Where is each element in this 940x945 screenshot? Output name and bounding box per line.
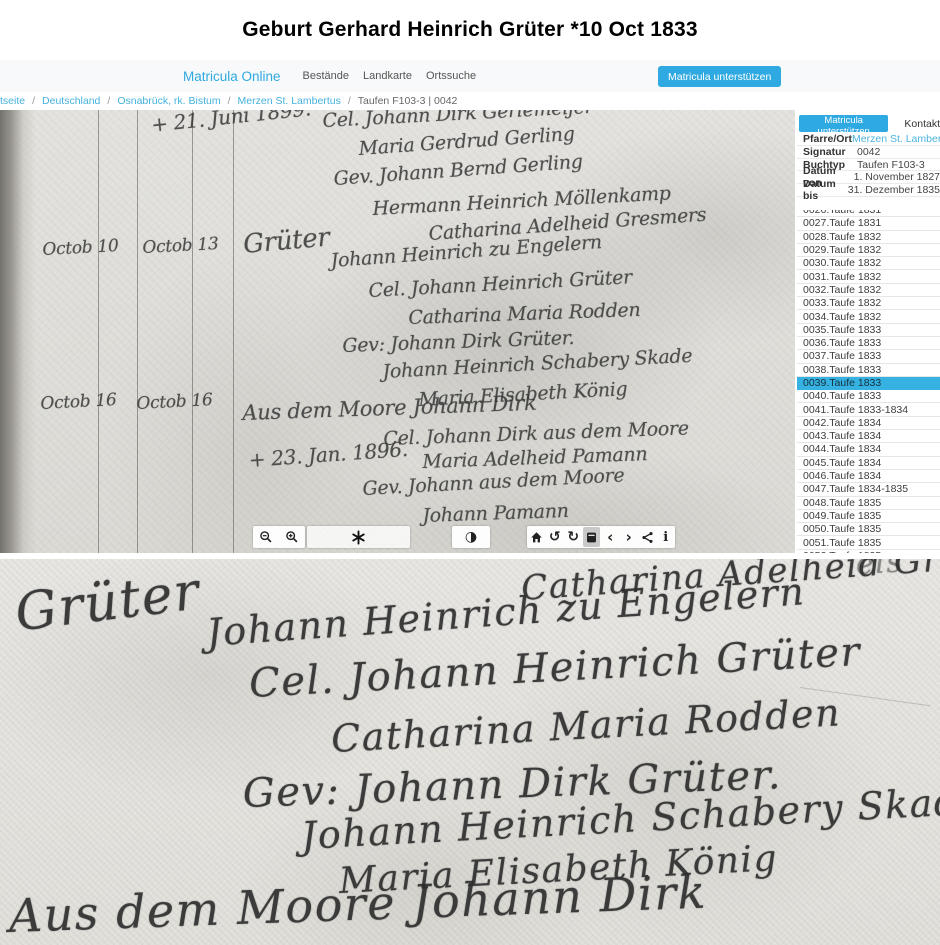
handwriting-line: Octob 16 xyxy=(136,390,213,414)
handwriting-line: + 23. Jan. 1896. xyxy=(248,437,409,472)
entry-row[interactable]: 0030.Taufe 1832 xyxy=(797,257,940,270)
tab-kontakt[interactable]: Kontakt xyxy=(904,118,940,130)
entry-row[interactable]: 0036.Taufe 1833 xyxy=(797,337,940,350)
handwriting-line: Grüter xyxy=(12,561,203,643)
toolbar-nav-group: ↺ ↻ ‹ › i xyxy=(527,526,675,548)
prev-page-icon[interactable]: ‹ xyxy=(602,527,619,547)
metadata-value: 0042 xyxy=(857,146,880,158)
handwriting-line: Octob 13 xyxy=(142,234,219,258)
page-view-icon[interactable] xyxy=(583,527,600,547)
entry-row[interactable]: 0041.Taufe 1833-1834 xyxy=(797,403,940,416)
breadcrumb-separator: / xyxy=(348,95,351,107)
entry-row[interactable]: 0037.Taufe 1833 xyxy=(797,350,940,363)
entry-row[interactable]: 0045.Taufe 1834 xyxy=(797,457,940,470)
handwriting-layer: elsCatharina Adelheid GresmersGrüterJoha… xyxy=(0,559,940,945)
metadata-row: Datum bis31. Dezember 1835 xyxy=(797,184,940,197)
handwriting-line: Grüter xyxy=(242,222,331,259)
entry-row[interactable]: 0048.Taufe 1835 xyxy=(797,497,940,510)
entry-row[interactable]: 0029.Taufe 1832 xyxy=(797,244,940,257)
entry-row[interactable]: 0046.Taufe 1834 xyxy=(797,470,940,483)
sidebar-tabs: Matricula unterstützen Kontakt xyxy=(799,115,940,132)
breadcrumb-separator: / xyxy=(32,95,35,107)
handwriting-line: + 21. Juni 1899. xyxy=(150,110,312,137)
breadcrumb-current: Taufen F103-3 | 0042 xyxy=(358,95,458,107)
metadata-row: Pfarre/OrtMerzen St. Lambertus xyxy=(797,133,940,146)
handwriting-line: Cel. Johann Heinrich Grüter xyxy=(368,266,632,302)
metadata-label: Signatur xyxy=(797,146,857,158)
entry-row[interactable]: 0033.Taufe 1832 xyxy=(797,297,940,310)
breadcrumb-separator: / xyxy=(107,95,110,107)
toolbar-zoom-group xyxy=(253,526,305,548)
entry-row[interactable]: 0050.Taufe 1835 xyxy=(797,523,940,536)
entry-row[interactable]: 0027.Taufe 1831 xyxy=(797,217,940,230)
nav-item-bestände[interactable]: Bestände xyxy=(303,70,349,82)
page-title: Geburt Gerhard Heinrich Grüter *10 Oct 1… xyxy=(242,18,698,42)
breadcrumb-link[interactable]: Deutschland xyxy=(42,95,100,107)
entry-row[interactable]: 0028.Taufe 1832 xyxy=(797,231,940,244)
metadata-table: Pfarre/OrtMerzen St. LambertusSignatur00… xyxy=(797,133,940,197)
title-band: Geburt Gerhard Heinrich Grüter *10 Oct 1… xyxy=(0,0,940,60)
metadata-label: Datum bis xyxy=(797,178,848,202)
metadata-row: Signatur0042 xyxy=(797,146,940,159)
handwriting-layer: + 21. Juni 1899.Cel. Johann Dirk Gerleme… xyxy=(0,110,795,553)
metadata-label: Pfarre/Ort xyxy=(797,133,852,145)
info-icon[interactable]: i xyxy=(657,527,674,547)
brand-logo[interactable]: Matricula Online xyxy=(183,69,281,84)
entry-row-selected[interactable]: 0039.Taufe 1833 xyxy=(797,377,940,390)
entry-row[interactable]: 0034.Taufe 1832 xyxy=(797,310,940,323)
breadcrumb-link[interactable]: Osnabrück, rk. Bistum xyxy=(117,95,220,107)
home-icon[interactable] xyxy=(528,527,545,547)
entry-row[interactable]: 0044.Taufe 1834 xyxy=(797,443,940,456)
entry-row[interactable]: 0042.Taufe 1834 xyxy=(797,417,940,430)
breadcrumb-link[interactable]: Merzen St. Lambertus xyxy=(238,95,341,107)
handwriting-line: Aus dem Moore Johann Dirk xyxy=(242,391,537,425)
handwriting-line: Catharina Maria Rodden xyxy=(330,690,842,761)
breadcrumb-separator: / xyxy=(228,95,231,107)
breadcrumb-link[interactable]: tseite xyxy=(0,95,25,107)
handwriting-line: Catharina Maria Rodden xyxy=(408,299,641,329)
reset-view-icon[interactable] xyxy=(350,527,367,547)
breadcrumb: tseite/Deutschland/Osnabrück, rk. Bistum… xyxy=(0,92,940,110)
tab-matricula-unterstuetzen[interactable]: Matricula unterstützen xyxy=(799,115,888,132)
share-icon[interactable] xyxy=(639,527,656,547)
main-nav: BeständeLandkarteOrtssuche xyxy=(303,70,477,82)
next-page-icon[interactable]: › xyxy=(620,527,637,547)
handwriting-line: Aus dem Moore Johann Dirk xyxy=(8,865,708,943)
site-header: Matricula Online BeständeLandkarteOrtssu… xyxy=(0,60,940,92)
toolbar-contrast-group: ◑ xyxy=(452,526,490,548)
rotate-left-icon[interactable]: ↺ xyxy=(546,527,563,547)
rotate-right-icon[interactable]: ↻ xyxy=(565,527,582,547)
handwriting-line: Johann Pamann xyxy=(422,500,569,527)
entry-row[interactable]: 0035.Taufe 1833 xyxy=(797,324,940,337)
metadata-value: Taufen F103-3 xyxy=(857,159,925,171)
metadata-value: 1. November 1827 xyxy=(854,171,940,183)
nav-item-ortssuche[interactable]: Ortssuche xyxy=(426,70,476,82)
app-window: Geburt Gerhard Heinrich Grüter *10 Oct 1… xyxy=(0,0,940,945)
zoom-out-icon[interactable] xyxy=(258,527,275,547)
support-button[interactable]: Matricula unterstützen xyxy=(658,66,781,87)
metadata-value: 31. Dezember 1835 xyxy=(848,184,940,196)
contrast-icon[interactable]: ◑ xyxy=(463,527,480,547)
entry-row[interactable]: 0047.Taufe 1834-1835 xyxy=(797,483,940,496)
sidebar: Matricula unterstützen Kontakt Pfarre/Or… xyxy=(797,110,940,553)
zoomed-record-crop: elsCatharina Adelheid GresmersGrüterJoha… xyxy=(0,559,940,945)
toolbar-reset-strip xyxy=(307,526,410,548)
entry-row[interactable]: 0038.Taufe 1833 xyxy=(797,364,940,377)
zoom-in-icon[interactable] xyxy=(284,527,301,547)
register-entry-list: 0026.Taufe 18310027.Taufe 18310028.Taufe… xyxy=(797,210,940,553)
handwriting-line: Octob 10 xyxy=(42,236,119,260)
entry-row[interactable]: 0032.Taufe 1832 xyxy=(797,284,940,297)
main-region: + 21. Juni 1899.Cel. Johann Dirk Gerleme… xyxy=(0,110,940,553)
entry-row[interactable]: 0040.Taufe 1833 xyxy=(797,390,940,403)
handwriting-line: Octob 16 xyxy=(40,390,117,414)
entry-row[interactable]: 0051.Taufe 1835 xyxy=(797,536,940,549)
nav-item-landkarte[interactable]: Landkarte xyxy=(363,70,412,82)
entry-row[interactable]: 0052.Taufe 1835 xyxy=(797,550,940,553)
entry-row[interactable]: 0026.Taufe 1831 xyxy=(797,210,940,217)
entry-row[interactable]: 0031.Taufe 1832 xyxy=(797,270,940,283)
entry-row[interactable]: 0043.Taufe 1834 xyxy=(797,430,940,443)
metadata-value-link[interactable]: Merzen St. Lambertus xyxy=(852,133,940,145)
scan-canvas[interactable]: + 21. Juni 1899.Cel. Johann Dirk Gerleme… xyxy=(0,110,795,553)
entry-row[interactable]: 0049.Taufe 1835 xyxy=(797,510,940,523)
